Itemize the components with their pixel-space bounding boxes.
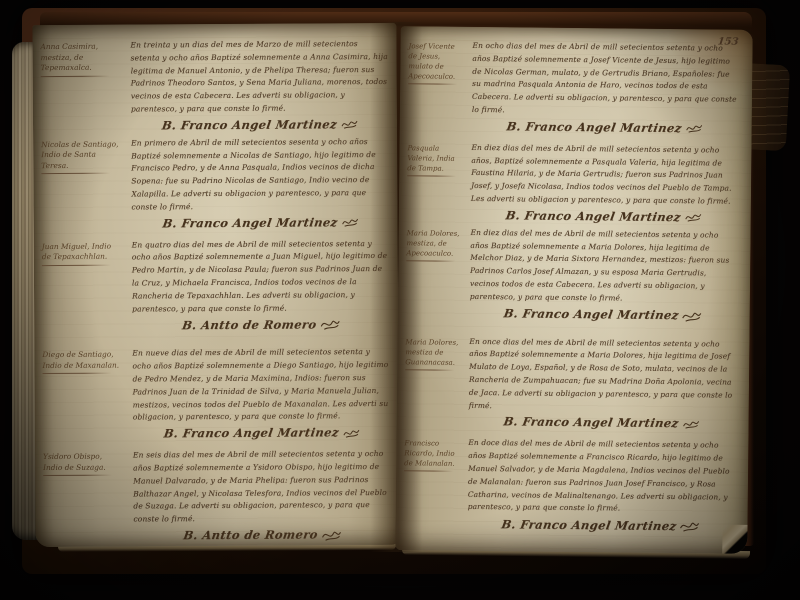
margin-note: Maria Dolores, mestiza, de Apecoaculco. — [404, 226, 471, 303]
margin-note-underline — [407, 175, 456, 177]
margin-note-text: Josef Vicente de Jesus, mulato de Apecoa… — [408, 42, 455, 80]
signature-line: B. Franco Angel Martinez — [39, 425, 391, 441]
baptism-entry: Anna Casimira, mestiza, de Tepemaxalca. … — [37, 38, 389, 117]
signature-rubric-icon — [320, 317, 340, 332]
signature-name: B. Franco Angel Martinez — [506, 119, 683, 135]
entry-body-text: En diez dias del mes de Abril de mill se… — [470, 227, 737, 307]
baptism-entry: Ysidoro Obispo, Indio de Suzaga. En seis… — [39, 448, 391, 527]
margin-note-underline — [42, 264, 111, 265]
signature-line: B. Antto de Romero — [38, 316, 390, 333]
margin-note-text: Pasquala Valeria, India de Tampa. — [407, 144, 455, 172]
margin-note-text: Juan Miguel, Indio de Tepaxachhlan. — [42, 241, 111, 261]
margin-note: Nicolas de Santiago, Indio de Santa Tere… — [37, 137, 131, 214]
margin-note-text: Ysidoro Obispo, Indio de Suzaga. — [43, 452, 106, 472]
margin-note-text: Francisco Ricardo, Indio de Malanalan. — [404, 440, 455, 469]
entry-body-text: En ocho dias del mes de Abril de mill se… — [472, 40, 739, 120]
signature-line: B. Franco Angel Martinez — [405, 207, 737, 224]
signature-rubric-icon — [322, 527, 342, 542]
page-corner-curl — [722, 525, 748, 554]
signature-rubric-icon — [685, 210, 702, 223]
baptism-entry: Maria Dolores, mestiza de Guananacasa. E… — [403, 335, 736, 415]
manuscript-book-photo: Anna Casimira, mestiza, de Tepemaxalca. … — [0, 0, 800, 600]
margin-note: Ysidoro Obispo, Indio de Suzaga. — [39, 450, 133, 527]
entry-body-text: En nueve dias del mes de Abril de mill s… — [132, 346, 390, 424]
margin-note-underline — [43, 475, 112, 476]
margin-note: Maria Dolores, mestiza de Guananacasa. — [403, 335, 470, 412]
signature-rubric-icon — [341, 117, 358, 130]
left-page: Anna Casimira, mestiza, de Tepemaxalca. … — [32, 23, 399, 547]
signature-rubric-icon — [680, 518, 700, 533]
signature-line: B. Franco Angel Martinez — [406, 118, 738, 135]
margin-note-text: Maria Dolores, mestiza, de Apecoaculco. — [406, 229, 459, 257]
baptism-entry: Josef Vicente de Jesus, mulato de Apecoa… — [406, 39, 739, 119]
signature-line: B. Franco Angel Martinez — [401, 515, 733, 533]
margin-note-text: Nicolas de Santiago, Indio de Santa Tere… — [41, 139, 118, 169]
margin-note: Diego de Santiago, Indio de Maxanalan. — [38, 348, 132, 425]
margin-note-underline — [404, 471, 453, 473]
signature-name: B. Antto de Romero — [182, 528, 318, 543]
signature-name: B. Franco Angel Martinez — [163, 425, 340, 440]
margin-note-text: Maria Dolores, mestiza de Guananacasa. — [405, 338, 458, 367]
margin-note: Juan Miguel, Indio de Tepaxachhlan. — [38, 239, 132, 316]
right-page: 153 Josef Vicente de Jesus, mulato de Ap… — [395, 26, 752, 554]
baptism-entry: Nicolas de Santiago, Indio de Santa Tere… — [37, 136, 389, 215]
baptism-entry: Pasquala Valeria, India de Tampa. En die… — [405, 141, 738, 208]
margin-note-underline — [41, 173, 110, 174]
right-page-content: Josef Vicente de Jesus, mulato de Apecoa… — [395, 26, 752, 554]
signature-name: B. Franco Angel Martinez — [500, 517, 677, 533]
signature-name: B. Antto de Romero — [181, 317, 317, 332]
signature-name: B. Franco Angel Martinez — [502, 306, 679, 322]
left-page-content: Anna Casimira, mestiza, de Tepemaxalca. … — [32, 23, 399, 547]
margin-note-text: Diego de Santiago, Indio de Maxanalan. — [42, 350, 119, 370]
entry-body-text: En seis dias del mes de Abril de mill se… — [133, 448, 391, 526]
signature-name: B. Franco Angel Martinez — [161, 117, 338, 132]
baptism-entry: Diego de Santiago, Indio de Maxanalan. E… — [38, 346, 390, 425]
entry-body-text: En treinta y un dias del mes de Marzo de… — [130, 38, 388, 116]
margin-note-underline — [405, 369, 454, 371]
margin-note-underline — [406, 260, 455, 262]
signature-line: B. Antto de Romero — [39, 527, 391, 544]
margin-note: Anna Casimira, mestiza, de Tepemaxalca. — [37, 40, 131, 117]
signature-name: B. Franco Angel Martinez — [505, 208, 682, 224]
entry-body-text: En doce dias del mes de Abril de mill se… — [468, 437, 735, 517]
baptism-entry: Francisco Ricardo, Indio de Malanalan. E… — [402, 437, 735, 517]
signature-line: B. Franco Angel Martinez — [404, 305, 736, 323]
margin-note-text: Anna Casimira, mestiza, de Tepemaxalca. — [41, 42, 99, 72]
baptism-entry: Juan Miguel, Indio de Tepaxachhlan. En q… — [38, 238, 390, 317]
entry-body-text: En diez dias del mes de Abril de mill se… — [471, 142, 738, 209]
signature-rubric-icon — [686, 121, 703, 134]
signature-name: B. Franco Angel Martinez — [162, 215, 339, 230]
signature-rubric-icon — [343, 426, 360, 439]
baptism-entry: Maria Dolores, mestiza, de Apecoaculco. … — [404, 226, 737, 306]
signature-line: B. Franco Angel Martinez — [37, 117, 389, 133]
signature-rubric-icon — [682, 308, 702, 323]
entry-body-text: En once dias del mes de Abril de mill se… — [469, 335, 736, 415]
entry-body-text: En primero de Abril de mill setecientos … — [131, 136, 389, 214]
signature-line: B. Franco Angel Martinez — [403, 414, 735, 431]
signature-name: B. Franco Angel Martinez — [502, 415, 679, 431]
margin-note: Pasquala Valeria, India de Tampa. — [405, 141, 472, 206]
entry-body-text: En quatro dias del mes de Abril de mill … — [132, 238, 390, 316]
margin-note-underline — [41, 75, 110, 76]
margin-note-underline — [408, 83, 457, 85]
margin-note: Josef Vicente de Jesus, mulato de Apecoa… — [406, 39, 473, 116]
signature-line: B. Franco Angel Martinez — [38, 215, 390, 231]
margin-note-underline — [43, 373, 112, 374]
signature-rubric-icon — [342, 215, 359, 228]
signature-rubric-icon — [683, 417, 700, 430]
margin-note: Francisco Ricardo, Indio de Malanalan. — [402, 437, 469, 514]
